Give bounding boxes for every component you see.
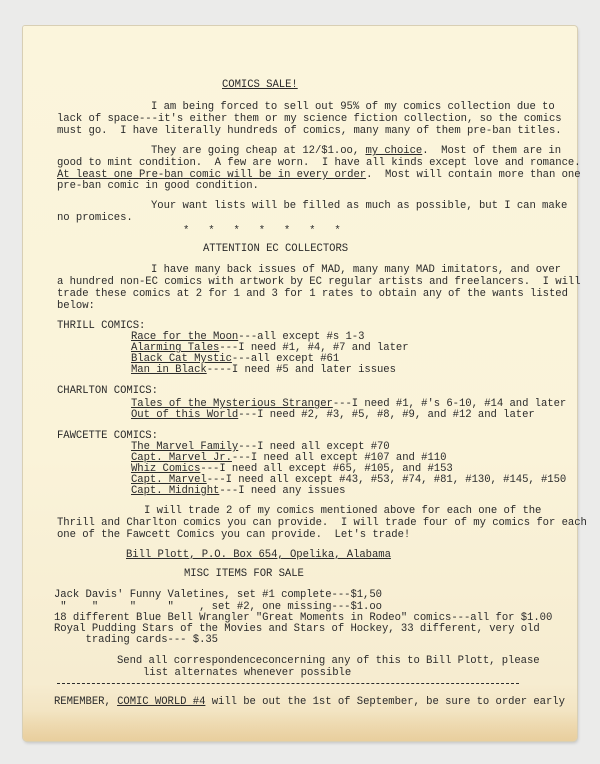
trade-line-2: Thrill and Charlton comics you can provi… xyxy=(57,517,587,529)
price-text: They are going cheap at 12/$1.oo, xyxy=(151,145,365,157)
want-lists-line-2: no promices. xyxy=(57,212,133,224)
want-item: Man in Black----I need #5 and later issu… xyxy=(131,364,396,376)
trade-line-1: I will trade 2 of my comics mentioned ab… xyxy=(144,505,541,517)
closing-line-1: Send all correspondenceconcerning any of… xyxy=(117,655,540,667)
page-title: COMICS SALE! xyxy=(222,79,298,91)
want-lists-line-1: Your want lists will be filled as much a… xyxy=(151,200,567,212)
intro-line-2: lack of space---it's either them or my s… xyxy=(57,113,562,125)
comic-title: Capt. Midnight xyxy=(131,485,219,497)
comic-need: ---I need any issues xyxy=(219,485,345,497)
closing-line-2: list alternates whenever possible xyxy=(143,667,351,679)
price-line-1: They are going cheap at 12/$1.oo, my cho… xyxy=(151,145,561,157)
price-line-3-post: . Most will contain more than one xyxy=(366,169,580,181)
comic-title: Out of this World xyxy=(131,409,238,421)
comic-title: Man in Black xyxy=(131,364,207,376)
misc-item: Jack Davis' Funny Valetines, set #1 comp… xyxy=(54,589,382,601)
section-heading-charlton: CHARLTON COMICS: xyxy=(57,385,158,397)
ec-heading: ATTENTION EC COLLECTORS xyxy=(203,243,348,255)
footer-reminder: REMEMBER, COMIC WORLD #4 will be out the… xyxy=(54,696,565,708)
contact-address: Bill Plott, P.O. Box 654, Opelika, Alaba… xyxy=(126,549,391,561)
misc-heading: MISC ITEMS FOR SALE xyxy=(184,568,304,580)
ec-line-3: trade these comics at 2 for 1 and 3 for … xyxy=(57,288,568,300)
asterisk-separator: * * * * * * * xyxy=(183,225,341,237)
price-line-2: good to mint condition. A few are worn. … xyxy=(57,157,581,169)
ec-line-4: below: xyxy=(57,300,95,312)
want-item: Out of this World---I need #2, #3, #5, #… xyxy=(131,409,535,421)
misc-item: trading cards--- $.35 xyxy=(54,634,218,646)
comic-world-issue: COMIC WORLD #4 xyxy=(117,696,205,708)
ec-line-2: a hundred non-EC comics with artwork by … xyxy=(57,276,581,288)
footer-post: will be out the 1st of September, be sur… xyxy=(205,696,565,708)
want-item: Capt. Midnight---I need any issues xyxy=(131,485,345,497)
my-choice-emphasis: my choice xyxy=(365,145,422,157)
comic-need: ----I need #5 and later issues xyxy=(207,364,396,376)
comic-need: ---I need #2, #3, #5, #8, #9, and #12 an… xyxy=(238,409,534,421)
dashed-divider xyxy=(57,683,519,684)
footer-pre: REMEMBER, xyxy=(54,696,117,708)
price-text-post: . Most of them are in xyxy=(422,145,561,157)
intro-line-3: must go. I have literally hundreds of co… xyxy=(57,125,562,137)
ec-line-1: I have many back issues of MAD, many man… xyxy=(151,264,561,276)
intro-line-1: I am being forced to sell out 95% of my … xyxy=(151,101,555,113)
price-line-4: pre-ban comic in good condition. xyxy=(57,180,259,192)
trade-line-3: one of the Fawcett Comics you can provid… xyxy=(57,529,410,541)
